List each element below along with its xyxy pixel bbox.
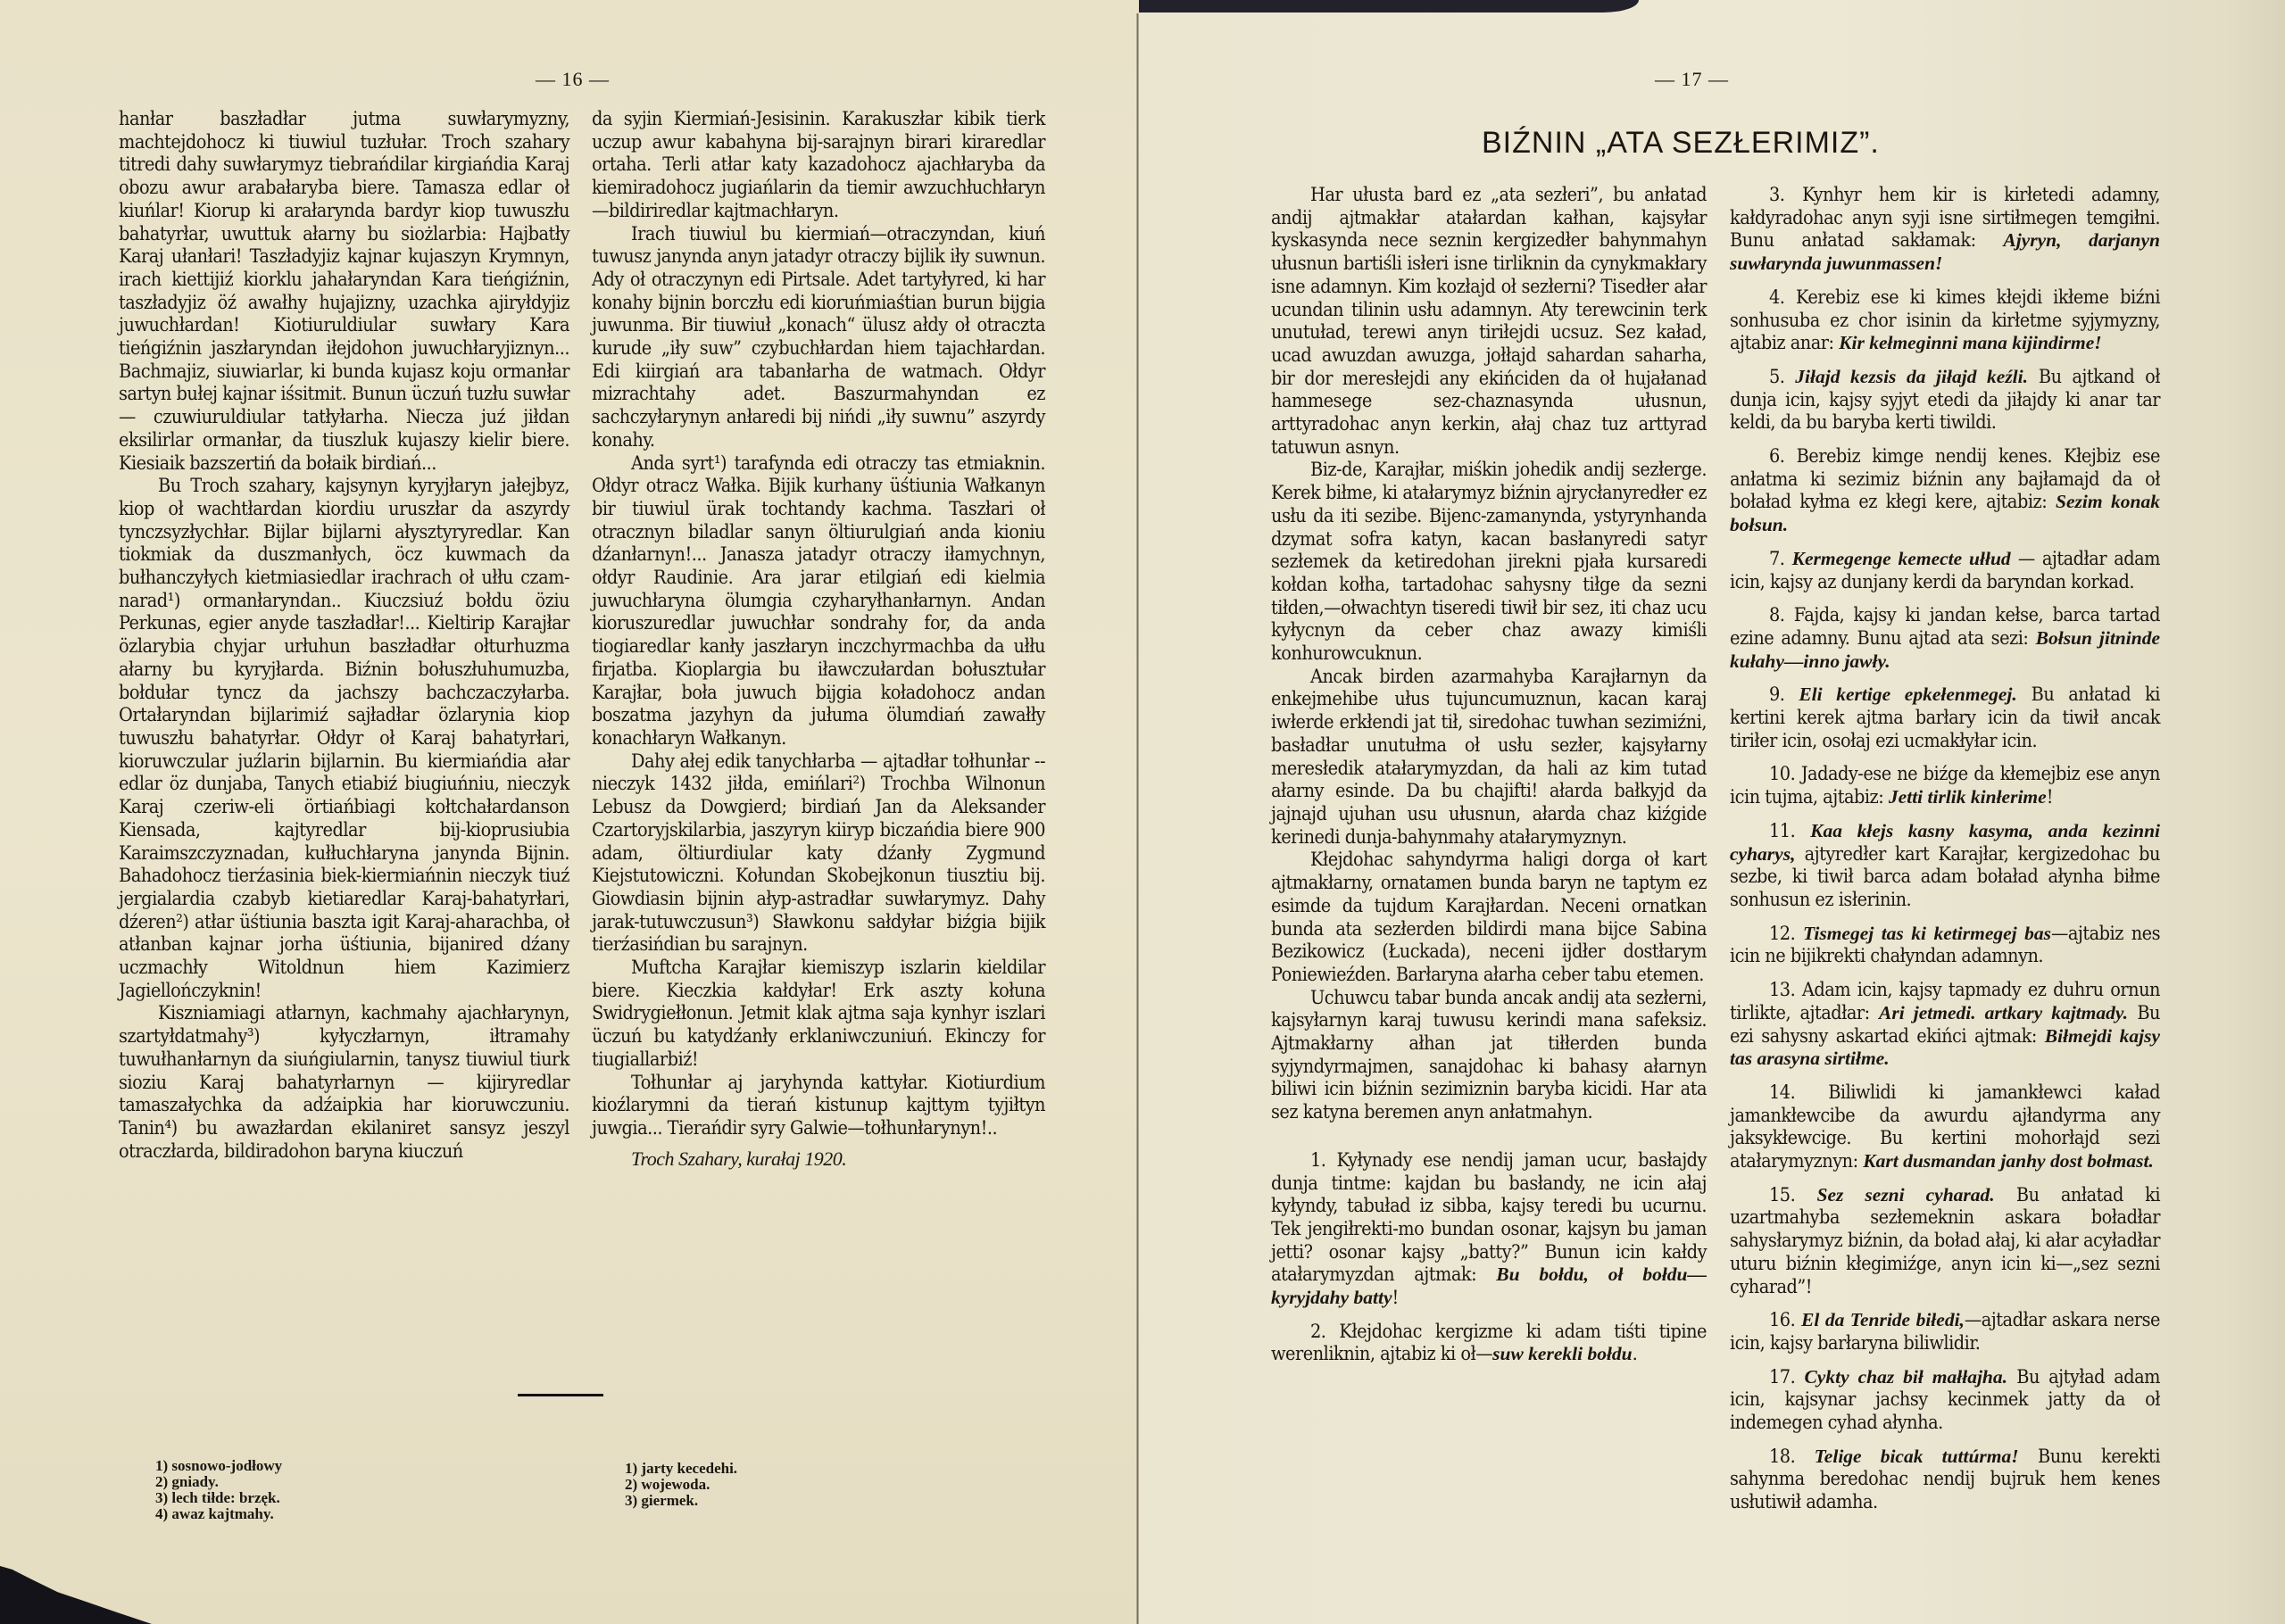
saying-item: 4. Kerebiz ese ki kimes kłejdi ikłeme bi… xyxy=(1730,286,2160,355)
saying-number: 8. xyxy=(1769,604,1794,626)
saying-item: 12. Tismegej tas ki ketirmegej bas—ajtab… xyxy=(1730,923,2160,968)
saying-number: 16. xyxy=(1769,1309,1801,1331)
section-spacer xyxy=(1271,1124,1707,1149)
saying-number: 17. xyxy=(1769,1366,1804,1388)
saying-number: 7. xyxy=(1769,548,1792,570)
saying-item: 10. Jadady-ese ne biźge da kłemejbiz ese… xyxy=(1730,763,2160,808)
saying-item: 17. Cykty chaz bił małłajha. Bu ajtyład … xyxy=(1730,1366,2160,1435)
saying-item: 14. Biliwlidi ki jamankłewci kaład jaman… xyxy=(1730,1081,2160,1173)
footnote: 4) awaz kajtmahy. xyxy=(155,1506,282,1522)
saying-item: 5. Jiłajd kezsis da jiłajd keźli. Bu ajt… xyxy=(1730,366,2160,435)
footnote: 3) lech tiłde: brzęk. xyxy=(155,1490,282,1506)
paragraph: Dahy ałej edik tanychłarba — ajtadłar to… xyxy=(592,750,1045,957)
saying-italic: Eli kertige epkełenmegej. xyxy=(1799,684,2016,705)
saying-italic: Kir kełmeginni mana kijindirme! xyxy=(1839,332,2101,353)
paragraph: Anda syrt¹) tarafynda edi otraczy tas et… xyxy=(592,452,1045,750)
saying-item: 1. Kyłynady ese nendij jaman ucur, basła… xyxy=(1271,1149,1707,1310)
paragraph: Uchuwcu tabar bunda ancak andij ata sezł… xyxy=(1271,987,1707,1124)
saying-italic: Sez sezni cyharad. xyxy=(1817,1184,1995,1206)
footnote: 1) sosnowo-jodłowy xyxy=(155,1458,282,1474)
footnotes-right-column: 1) jarty kecedehi.2) wojewoda.3) giermek… xyxy=(625,1461,737,1509)
paragraph: Tołhunłar aj jaryhynda kattyłar. Kiotiur… xyxy=(592,1072,1045,1140)
paragraph: Har ułusta bard ez „ata sezłeri”, bu anł… xyxy=(1271,184,1707,459)
footnotes-left-column: 1) sosnowo-jodłowy2) gniady.3) lech tiłd… xyxy=(155,1458,282,1522)
saying-number: 10. xyxy=(1769,763,1801,785)
saying-number: 1. xyxy=(1310,1149,1337,1172)
saying-item: 7. Kermegenge kemecte ułłud — ajtadłar a… xyxy=(1730,548,2160,593)
saying-item: 9. Eli kertige epkełenmegej. Bu anłatad … xyxy=(1730,684,2160,752)
saying-italic: Kart dusmandan janhy dost bołmast. xyxy=(1863,1150,2154,1172)
book-spine-fold xyxy=(1136,13,1139,1624)
paragraph: Ancak birden azarmahyba Karajłarnyn da e… xyxy=(1271,666,1707,849)
paragraph: Bu Troch szahary, kajsynyn kyryjłaryn ja… xyxy=(119,475,569,1002)
left-page-16: — 16 — hanłar baszładłar jutma suwłarymy… xyxy=(0,0,1139,1624)
saying-number: 3. xyxy=(1769,184,1802,206)
left-page-column-2: da syjin Kiermiań-Jesisinin. Karakuszłar… xyxy=(592,108,1045,1170)
saying-item: 11. Kaa kłejs kasny kasyma, anda kezinni… xyxy=(1730,820,2160,912)
saying-item: 3. Kynhyr hem kir is kirłetedi adamny, k… xyxy=(1730,184,2160,276)
saying-number: 6. xyxy=(1769,445,1797,468)
saying-number: 9. xyxy=(1769,684,1799,706)
saying-item: 16. El da Tenride biłedi,—ajtadłar askar… xyxy=(1730,1309,2160,1355)
footnote: 2) wojewoda. xyxy=(625,1477,737,1493)
page-number-right: — 17 — xyxy=(1655,68,1729,91)
saying-item: 13. Adam icin, kajsy tapmady ez duhru or… xyxy=(1730,979,2160,1071)
background-edge xyxy=(1139,0,1639,12)
saying-number: 12. xyxy=(1769,923,1803,945)
saying-italic: Telige bicak tuttúrma! xyxy=(1815,1446,2019,1467)
saying-italic: Kermegenge kemecte ułłud xyxy=(1792,548,2011,569)
saying-text: . xyxy=(1633,1343,1638,1365)
saying-item: 6. Berebiz kimge nendij kenes. Kłejbiz e… xyxy=(1730,445,2160,537)
paragraph: hanłar baszładłar jutma suwłarymyzny, ma… xyxy=(119,108,569,475)
paragraph: Kłejdohac sahyndyrma haligi dorga oł kar… xyxy=(1271,849,1707,986)
saying-italic: Ari jetmedi. artkary kajtmady. xyxy=(1879,1002,2128,1023)
paragraph: Biz-de, Karajłar, miśkin johedik andij s… xyxy=(1271,459,1707,665)
footnote: 1) jarty kecedehi. xyxy=(625,1461,737,1477)
saying-number: 15. xyxy=(1769,1184,1817,1206)
paragraph: Muftcha Karajłar kiemiszyp iszlarin kiel… xyxy=(592,957,1045,1072)
paragraph: da syjin Kiermiań-Jesisinin. Karakuszłar… xyxy=(592,108,1045,223)
saying-italic: El da Tenride biłedi, xyxy=(1801,1309,1965,1330)
signature: Troch Szahary, kurałaj 1920. xyxy=(592,1148,1045,1171)
saying-number: 13. xyxy=(1769,979,1802,1001)
footnote: 3) giermek. xyxy=(625,1493,737,1509)
saying-number: 5. xyxy=(1769,366,1795,388)
saying-italic: suw kerekli bołdu xyxy=(1492,1343,1633,1364)
saying-number: 14. xyxy=(1769,1081,1828,1104)
saying-number: 2. xyxy=(1310,1321,1339,1343)
saying-number: 18. xyxy=(1769,1446,1815,1468)
saying-italic: Jetti tirlik kinłerime xyxy=(1889,786,2047,808)
paragraph: Kiszniamiagi atłarnyn, kachmahy ajachłar… xyxy=(119,1002,569,1163)
saying-italic: Cykty chaz bił małłajha. xyxy=(1804,1366,2007,1388)
saying-number: 4. xyxy=(1769,286,1796,309)
saying-text: ! xyxy=(2047,786,2053,808)
saying-text: ajtyredłer kart Karajłar, kergizedohac b… xyxy=(1730,843,2160,911)
page-number-left: — 16 — xyxy=(536,68,610,91)
article-title: BIŹNIN „ATA SEZŁERIMIZ”. xyxy=(1482,126,1955,161)
right-page-column-2: 3. Kynhyr hem kir is kirłetedi adamny, k… xyxy=(1730,184,2160,1514)
paragraph: Irach tiuwiul bu kiermiań—otraczyndan, k… xyxy=(592,223,1045,452)
saying-text: ! xyxy=(1392,1287,1399,1309)
right-page-column-1: Har ułusta bard ez „ata sezłeri”, bu anł… xyxy=(1271,184,1707,1366)
saying-item: 2. Kłejdohac kergizme ki adam tiśti tipi… xyxy=(1271,1321,1707,1366)
left-page-column-1: hanłar baszładłar jutma suwłarymyzny, ma… xyxy=(119,108,569,1163)
saying-italic: Tismegej tas ki ketirmegej bas xyxy=(1803,923,2051,944)
saying-italic: Jiłajd kezsis da jiłajd keźli. xyxy=(1795,366,2028,387)
saying-number: 11. xyxy=(1769,820,1810,842)
footnote-divider xyxy=(518,1394,603,1396)
saying-item: 18. Telige bicak tuttúrma! Bunu kerekti … xyxy=(1730,1446,2160,1514)
saying-item: 8. Fajda, kajsy ki jandan kełse, barca t… xyxy=(1730,604,2160,673)
footnote: 2) gniady. xyxy=(155,1474,282,1490)
saying-item: 15. Sez sezni cyharad. Bu anłatad ki uza… xyxy=(1730,1184,2160,1299)
